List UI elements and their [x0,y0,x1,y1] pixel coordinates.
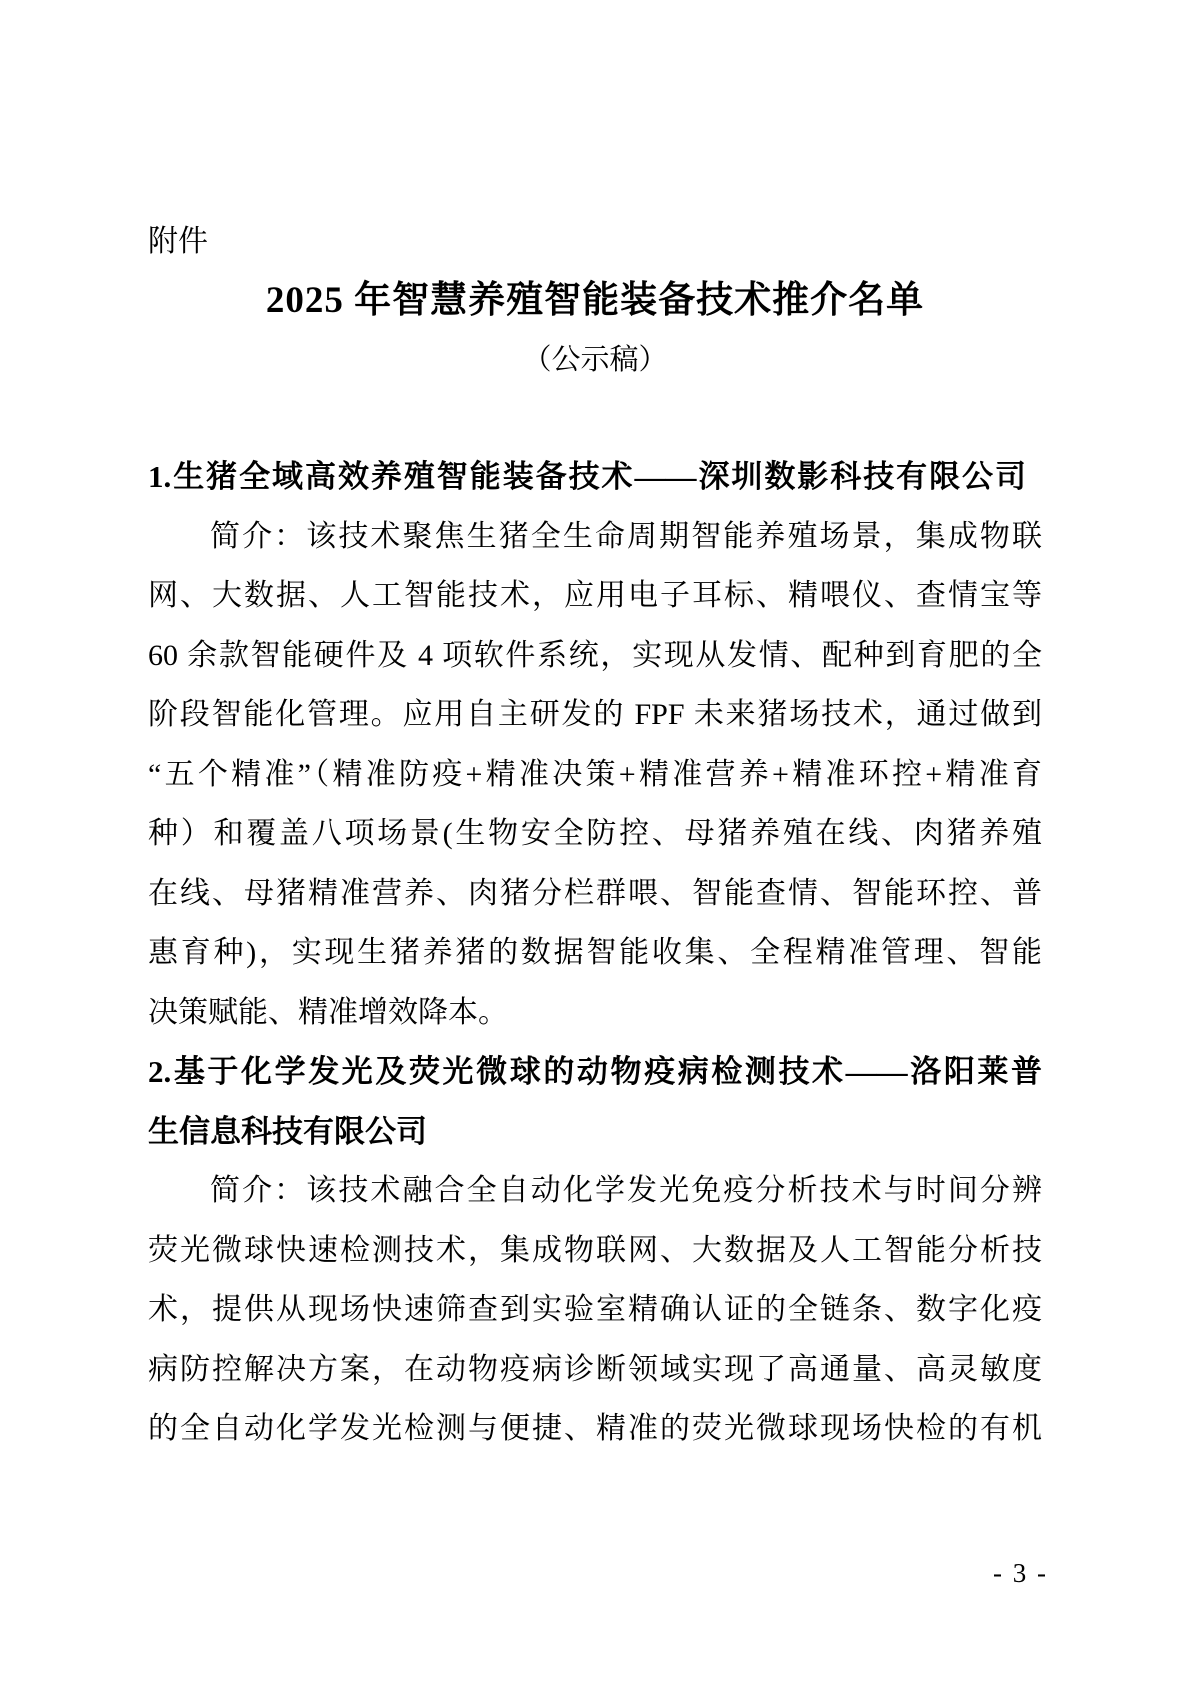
body-line: 简介：该技术融合全自动化学发光免疫分析技术与时间分辨 [148,1161,1042,1221]
document-body: 1.生猪全域高效养殖智能装备技术——深圳数影科技有限公司 简介：该技术聚焦生猪全… [148,447,1042,1459]
section-1: 1.生猪全域高效养殖智能装备技术——深圳数影科技有限公司 简介：该技术聚焦生猪全… [148,447,1042,1042]
body-line: 种）和覆盖八项场景(生物安全防控、母猪养殖在线、肉猪养殖 [148,804,1042,864]
document-page: 附件 2025 年智慧养殖智能装备技术推介名单 （公示稿） 1.生猪全域高效养殖… [0,0,1190,1683]
section-2-heading-line-1: 2.基于化学发光及荧光微球的动物疫病检测技术——洛阳莱普 [148,1042,1042,1102]
page-number: - 3 - [993,1557,1048,1589]
body-line: 术，提供从现场快速筛查到实验室精确认证的全链条、数字化疫 [148,1280,1042,1340]
section-2-heading-line-2: 生信息科技有限公司 [148,1102,1042,1162]
body-line: 网、大数据、人工智能技术，应用电子耳标、精喂仪、查情宝等 [148,566,1042,626]
section-2: 2.基于化学发光及荧光微球的动物疫病检测技术——洛阳莱普 生信息科技有限公司 简… [148,1042,1042,1459]
body-line: 惠育种)，实现生猪养猪的数据智能收集、全程精准管理、智能 [148,923,1042,983]
body-line: 简介：该技术聚焦生猪全生命周期智能养殖场景，集成物联 [148,507,1042,567]
body-line: 病防控解决方案，在动物疫病诊断领域实现了高通量、高灵敏度 [148,1340,1042,1400]
body-line: 在线、母猪精准营养、肉猪分栏群喂、智能查情、智能环控、普 [148,864,1042,924]
document-subtitle: （公示稿） [148,343,1042,378]
body-line: “五个精准”（精准防疫+精准决策+精准营养+精准环控+精准育 [148,745,1042,805]
document-title: 2025 年智慧养殖智能装备技术推介名单 [148,280,1042,323]
section-1-paragraph: 简介：该技术聚焦生猪全生命周期智能养殖场景，集成物联 网、大数据、人工智能技术，… [148,507,1042,1043]
attachment-label: 附件 [148,224,208,260]
body-line: 决策赋能、精准增效降本。 [148,983,1042,1043]
section-1-heading: 1.生猪全域高效养殖智能装备技术——深圳数影科技有限公司 [148,447,1042,507]
body-line: 阶段智能化管理。应用自主研发的 FPF 未来猪场技术，通过做到 [148,685,1042,745]
body-line: 的全自动化学发光检测与便捷、精准的荧光微球现场快检的有机 [148,1399,1042,1459]
section-2-paragraph: 简介：该技术融合全自动化学发光免疫分析技术与时间分辨 荧光微球快速检测技术，集成… [148,1161,1042,1459]
body-line: 60 余款智能硬件及 4 项软件系统，实现从发情、配种到育肥的全 [148,626,1042,686]
body-line: 荧光微球快速检测技术，集成物联网、大数据及人工智能分析技 [148,1221,1042,1281]
